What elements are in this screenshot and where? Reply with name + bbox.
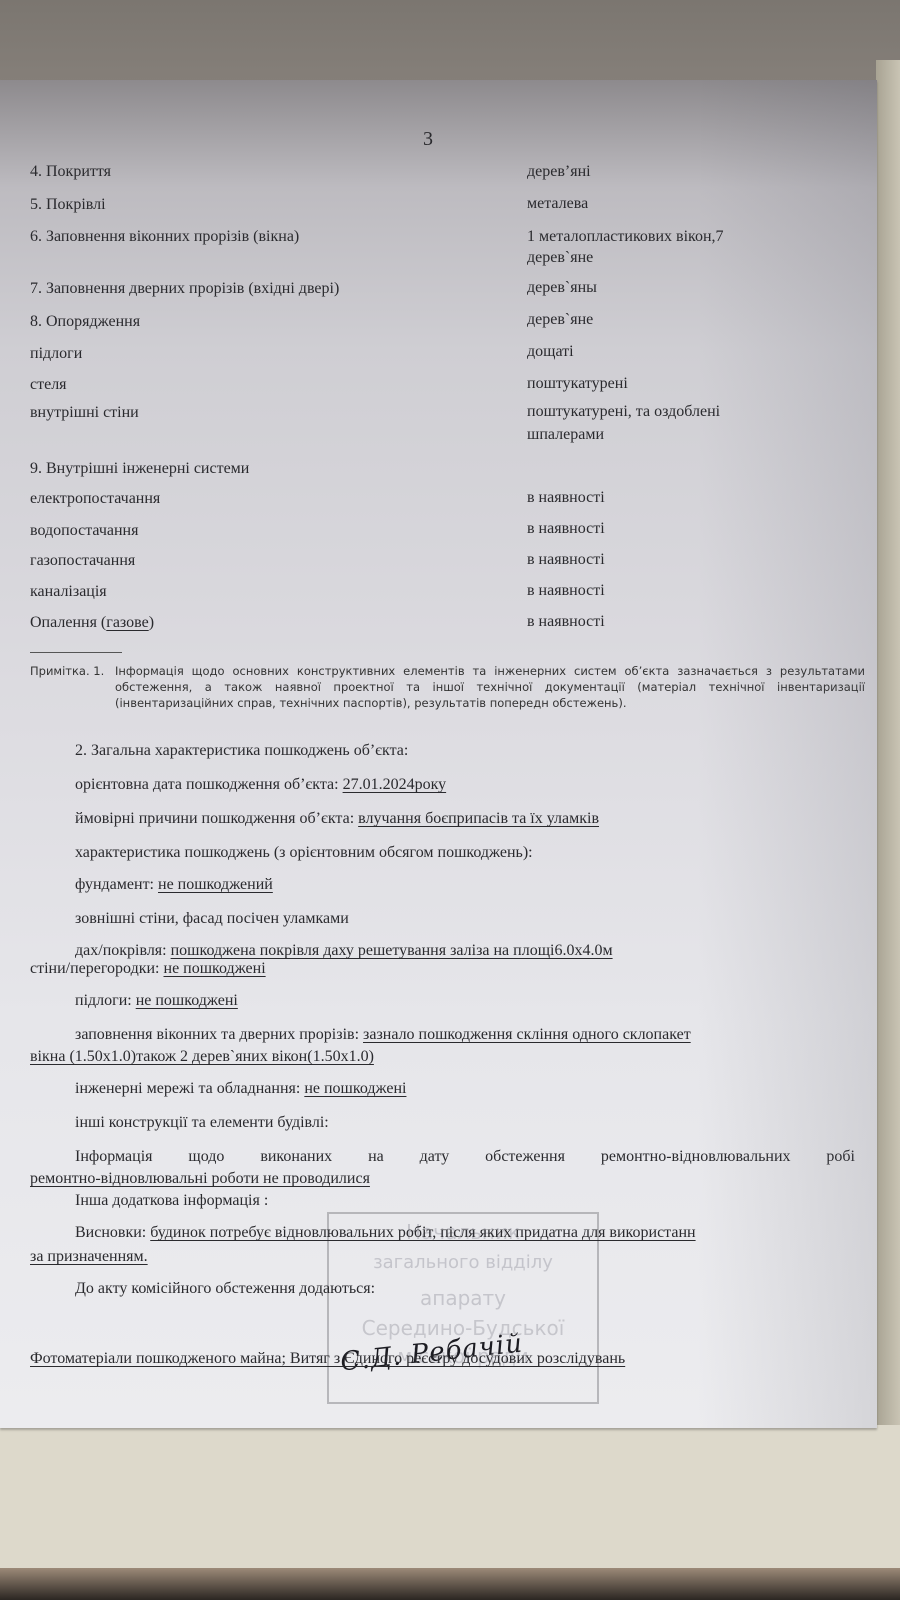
- system-value: в наявності: [527, 486, 605, 510]
- field-label: фундамент:: [75, 876, 158, 893]
- damage-outer-walls: зовнішні стіни, фасад посічен уламками: [75, 910, 349, 928]
- field-label: орієнтовна дата пошкодження об’єкта:: [75, 776, 343, 793]
- item-value-continued: дерев`яне: [527, 246, 593, 270]
- field-label: ймовірні причини пошкодження об’єкта:: [75, 810, 358, 827]
- damage-roof: дах/покрівля: пошкоджена покрівля даху р…: [75, 942, 613, 960]
- repairs-info-label: Інформація щодо виконаних на дату обстеж…: [75, 1148, 855, 1166]
- item-value: дерев`яны: [527, 276, 597, 300]
- damage-networks: інженерні мережі та обладнання: не пошко…: [75, 1080, 406, 1098]
- damage-causes: ймовірні причини пошкодження об’єкта: вл…: [75, 810, 599, 828]
- field-label: стіни/перегородки:: [30, 960, 164, 977]
- field-value: будинок потребує відновлювальних робіт, …: [150, 1224, 695, 1241]
- system-label: електропостачання: [30, 490, 160, 508]
- field-value: зазнало пошкодження скління одного склоп…: [363, 1026, 691, 1043]
- item-value: дерев`яне: [527, 308, 593, 332]
- background-floor: [0, 1568, 900, 1600]
- damage-foundation: фундамент: не пошкоджений: [75, 876, 273, 894]
- damage-partitions: стіни/перегородки: не пошкоджені: [30, 960, 266, 978]
- page-number: 3: [423, 128, 433, 151]
- field-label: інженерні мережі та обладнання:: [75, 1080, 304, 1097]
- item-label: 8. Опорядження: [30, 313, 140, 331]
- label-text: ): [149, 614, 154, 631]
- footnote-separator: [30, 652, 122, 653]
- field-value: 27.01.2024року: [343, 776, 447, 793]
- damage-characteristics: характеристика пошкоджень (з орієнтовним…: [75, 844, 533, 862]
- system-label: каналізація: [30, 583, 107, 601]
- field-value: не пошкоджені: [136, 992, 238, 1009]
- system-value: в наявності: [527, 610, 605, 634]
- damage-heading: 2. Загальна характеристика пошкоджень об…: [75, 742, 408, 760]
- field-label: підлоги:: [75, 992, 136, 1009]
- item-label: стеля: [30, 376, 67, 394]
- item-value: дерев’яні: [527, 160, 591, 184]
- label-underlined: газове: [106, 614, 148, 631]
- field-label: Висновки:: [75, 1224, 150, 1241]
- field-value: влучання боєприпасів та їх уламків: [358, 810, 599, 827]
- footnote-text: Інформація щодо основних конструктивних …: [115, 663, 865, 711]
- conclusions: Висновки: будинок потребує відновлювальн…: [75, 1224, 696, 1242]
- background-surface: [0, 1425, 900, 1575]
- field-label: дах/покрівля:: [75, 942, 171, 959]
- label-text: Опалення (: [30, 614, 106, 631]
- item-label: 5. Покрівлі: [30, 196, 106, 214]
- system-value: в наявності: [527, 517, 605, 541]
- damage-openings: заповнення віконних та дверних прорізів:…: [75, 1026, 691, 1044]
- item-label: підлоги: [30, 345, 82, 363]
- system-value: в наявності: [527, 548, 605, 572]
- field-value: не пошкоджений: [158, 876, 273, 893]
- item-label: 6. Заповнення віконних прорізів (вікна): [30, 228, 299, 246]
- additional-info: Інша додаткова інформація :: [75, 1192, 268, 1210]
- item-label: внутрішні стіни: [30, 404, 139, 422]
- footnote-label: Примітка. 1.: [30, 663, 104, 679]
- attachments-label: До акту комісійного обстеження додаються…: [75, 1280, 375, 1298]
- item-value: поштукатурені, та оздоблені: [527, 400, 720, 424]
- conclusions-continued: за призначенням.: [30, 1248, 148, 1266]
- item-value: поштукатурені: [527, 372, 628, 396]
- document-page: 3 4. Покриття дерев’яні 5. Покрівлі мета…: [0, 80, 877, 1428]
- section-heading: 9. Внутрішні інженерні системи: [30, 460, 249, 478]
- field-value: не пошкоджені: [164, 960, 266, 977]
- field-value: пошкоджена покрівля даху решетування зал…: [171, 942, 613, 959]
- system-label: водопостачання: [30, 522, 138, 540]
- damage-openings-continued: вікна (1.50х1.0)також 2 дерев`яних вікон…: [30, 1048, 374, 1066]
- stamp-text: загального відділу: [329, 1252, 597, 1273]
- attachments-value: Фотоматеріали пошкодженого майна; Витяг …: [30, 1350, 625, 1368]
- damage-date: орієнтовна дата пошкодження об’єкта: 27.…: [75, 776, 446, 794]
- repairs-info-value: ремонтно-відновлювальні роботи не провод…: [30, 1170, 370, 1188]
- damage-floors: підлоги: не пошкоджені: [75, 992, 238, 1010]
- item-value: металева: [527, 192, 588, 216]
- field-value: не пошкоджені: [304, 1080, 406, 1097]
- system-value: в наявності: [527, 579, 605, 603]
- item-label: 7. Заповнення дверних прорізів (вхідні д…: [30, 280, 339, 298]
- item-value: дощаті: [527, 340, 574, 364]
- system-label-heating: Опалення (газове): [30, 614, 154, 632]
- damage-other-structures: інші конструкції та елементи будівлі:: [75, 1114, 329, 1132]
- item-label: 4. Покриття: [30, 163, 111, 181]
- item-value-continued: шпалерами: [527, 423, 604, 447]
- field-label: заповнення віконних та дверних прорізів:: [75, 1026, 363, 1043]
- background-edge: [876, 60, 900, 1460]
- background-wall: [0, 0, 900, 82]
- system-label: газопостачання: [30, 552, 135, 570]
